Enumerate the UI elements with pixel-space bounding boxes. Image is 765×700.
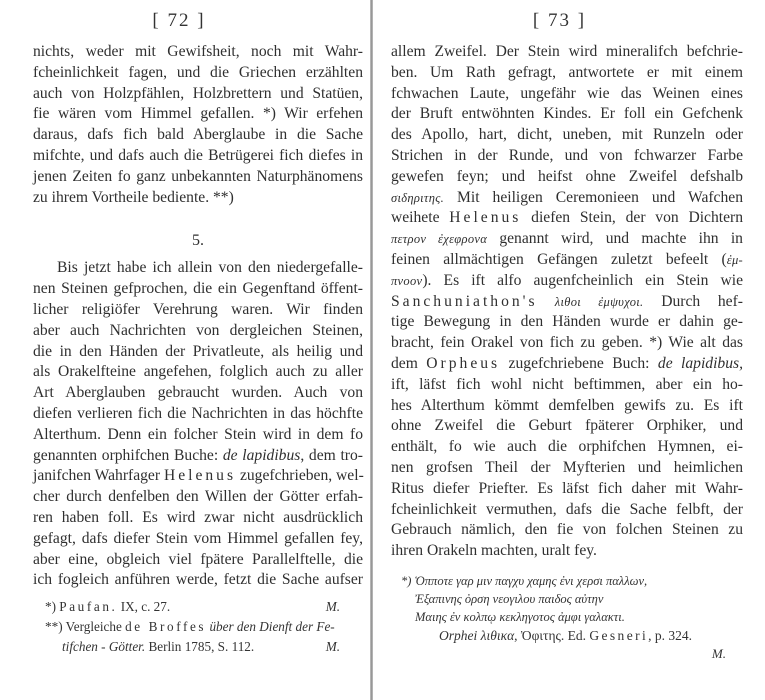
left-footnotes: *) Paufan. IX, c. 27. M. **) Vergleiche … <box>45 597 365 657</box>
footnote-verse: *) Ὁπποτε γαρ μιν παγχυ χαμης ἐνι χερσι … <box>401 572 746 590</box>
greek-text: πετρον ἐχεφρονα <box>391 232 487 246</box>
text-line: cher durch denfelben den Willen der Gött… <box>33 487 363 508</box>
text-run: , p. 324. <box>648 628 692 643</box>
text-run: Mit heiligen Ceremonieen und Wafchen <box>444 189 743 206</box>
text-run: feinen allmächtigen Gefängen zuletzt bef… <box>391 251 727 268</box>
footnote-2: **) Vergleiche de Broffes über den Dienf… <box>45 617 365 637</box>
spaced-name: Helenus <box>449 209 521 226</box>
text-line: der Bruft entwöhnten Kindes. Er foll ein… <box>391 104 743 125</box>
text-line: nichts, weder mit Gewifsheit, noch mit W… <box>33 42 363 63</box>
text-run: Vergleiche <box>63 619 126 634</box>
footnote-verse: Ἐξαπινης ὀρση νεογιλου παιδος αὐτην <box>401 590 746 608</box>
text-line: aber auch Nachrichten von dergleichen St… <box>33 321 363 342</box>
text-line: ohne Zweifel die Geburt fpäterer Orphike… <box>391 416 743 437</box>
text-line: licher religiöfer Verehrung waren. Wir f… <box>33 300 363 321</box>
greek-text: ἐμ- <box>727 253 743 267</box>
italic-title: de lapidibus <box>223 447 300 464</box>
text-line: Bis jetzt habe ich allein von den nieder… <box>33 258 363 279</box>
left-page-body: nichts, weder mit Gewifsheit, noch mit W… <box>33 42 363 591</box>
footnote-text: tifchen - Götter. Berlin 1785, S. 112. <box>62 637 254 657</box>
text-line: fie wären vom Himmel gefallen. *) Wir er… <box>33 104 363 125</box>
text-line: diefen verlieren fich die Nachrichten in… <box>33 404 363 425</box>
footnote-mark: *) <box>45 599 56 614</box>
text-line: bracht, fein Orakel von fich zu geben. *… <box>391 333 743 354</box>
text-line: σιδηριτης. Mit heiligen Ceremonieen und … <box>391 188 743 209</box>
footnote-mark: **) <box>45 619 63 634</box>
text-line: jenen Zeiten fo ganz unbekannten Naturph… <box>33 167 363 188</box>
right-page-body: allem Zweifel. Der Stein wird mineralifc… <box>391 42 743 562</box>
text-line: ihren Orakeln machten, uralt fey. <box>391 541 743 562</box>
text-line: Ritus diefer Priefter. Es läfst fich dah… <box>391 479 743 500</box>
greek-text: λιθοι ἐμψυχοι. <box>538 295 644 309</box>
text-line: des Apollo, hart, dicht, uneben, mit Run… <box>391 125 743 146</box>
greek-text: Ὁπποτε γαρ μιν παγχυ χαμης ἐνι χερσι παλ… <box>415 574 648 588</box>
text-line: mifchte, und dafs auch die Betrügerei fi… <box>33 146 363 167</box>
text-line: die in den Händen der Privatleute, als h… <box>33 342 363 363</box>
text-line: nen Steinen gefprochen, die ein Gegenfta… <box>33 279 363 300</box>
greek-text: πνοον <box>391 274 422 288</box>
footnote-text: *) Paufan. IX, c. 27. <box>45 597 170 617</box>
footnote-text: **) Vergleiche de Broffes über den Dienf… <box>45 617 335 637</box>
text-run: genannt wird, und machte ihn in <box>487 230 743 247</box>
text-line: fcheinlichkeit fagen, und die Griechen e… <box>33 63 363 84</box>
footnote-signature: M. <box>401 645 746 663</box>
text-line: als Orakelfteine angefehen, folglich auc… <box>33 362 363 383</box>
right-page: [ 73 ] allem Zweifel. Der Stein wird min… <box>374 0 765 700</box>
text-line: gewefen feyn; und heifst ohne Zweifel de… <box>391 167 743 188</box>
footnote-ref: IX, c. 27. <box>117 599 170 614</box>
text-line: feinen allmächtigen Gefängen zuletzt bef… <box>391 250 743 271</box>
spaced-name: Helenus <box>164 467 236 484</box>
footnote-mark: *) <box>401 574 411 588</box>
text-line: ift, läfst fich wohl nicht beftimmen, ab… <box>391 375 743 396</box>
italic-title: tifchen - Götter. <box>62 639 145 654</box>
text-run: zugefchrieben, wel- <box>236 467 364 484</box>
text-run: , Ὀφιτης. Ed. <box>514 628 589 643</box>
page-number-right: [ 73 ] <box>354 10 765 32</box>
text-line: πετρον ἐχεφρονα genannt wird, und machte… <box>391 229 743 250</box>
page-number-left: [ 72 ] <box>0 10 368 32</box>
text-line: Art Aberglauben gebraucht wurden. Auch v… <box>33 383 363 404</box>
text-line: Strichen in der Runde, und von fchwarzer… <box>391 146 743 167</box>
text-line: Gebrauch nämlich, den fie von folchen St… <box>391 520 743 541</box>
footnote-source: Orphei λιθικα, Ὀφιτης. Ed. Gesneri, p. 3… <box>401 626 746 645</box>
text-line: ben. Um Rath gefragt, antwortete er mit … <box>391 63 743 84</box>
text-run: janifchen Wahrfager <box>33 467 164 484</box>
text-line: nen grofsen Theil der Myfterien und heim… <box>391 458 743 479</box>
text-run: ). Es ift alfo augenfcheinlich ein Stein… <box>422 272 743 289</box>
section-heading: 5. <box>33 226 363 256</box>
text-line: genannten orphifchen Buche: de lapidibus… <box>33 446 363 467</box>
text-line: janifchen Wahrfager Helenus zugefchriebe… <box>33 466 363 487</box>
text-line: ich fogleich anführen werde, fetzt die S… <box>33 570 363 591</box>
spaced-name: Gesneri <box>589 628 648 643</box>
spaced-name: Sanchuniathon's <box>391 293 538 310</box>
text-line: πνοον). Es ift alfo augenfcheinlich ein … <box>391 271 743 292</box>
text-line: auch von Holzpfählen, Holzbrettern und S… <box>33 84 363 105</box>
text-line: Sanchuniathon's λιθοι ἐμψυχοι. Durch hef… <box>391 292 743 313</box>
spaced-name: Orpheus <box>426 355 500 372</box>
text-run: diefen Stein, der von Dichtern <box>521 209 743 226</box>
text-line: daraus, dafs fich bald Aberglaube in die… <box>33 125 363 146</box>
footnote-signature: M. <box>326 597 365 617</box>
text-line: dem Orpheus zugefchriebene Buch: de lapi… <box>391 354 743 375</box>
text-run: zugefchriebene Buch: <box>500 355 658 372</box>
book-spine <box>370 0 373 700</box>
footnote-2-continued: tifchen - Götter. Berlin 1785, S. 112. M… <box>45 637 365 657</box>
text-line: weihete Helenus diefen Stein, der von Di… <box>391 208 743 229</box>
text-line: ren haben foll. Es wird zwar nicht ausdr… <box>33 508 363 529</box>
text-line: fcheinlichkeit vermuthen, dafs die Sache… <box>391 500 743 521</box>
italic-title: über den Dienft der Fe- <box>206 619 335 634</box>
text-line: gefagt, dafs diefer Stein vom Himmel gef… <box>33 529 363 550</box>
footnote-1: *) Paufan. IX, c. 27. M. <box>45 597 365 617</box>
footnote-author: Paufan. <box>59 599 117 614</box>
left-page: [ 72 ] nichts, weder mit Gewifsheit, noc… <box>0 0 368 700</box>
spaced-name: de Broffes <box>125 619 206 634</box>
italic-title: de lapidibus, <box>658 355 743 372</box>
greek-text: σιδηριτης. <box>391 191 444 205</box>
text-line: allem Zweifel. Der Stein wird mineralifc… <box>391 42 743 63</box>
text-line: hes Alterthum kömmt demfelben gewifs zu.… <box>391 396 743 417</box>
text-line: enthält, fo wie auch die orphifchen Hymn… <box>391 437 743 458</box>
text-line: zu ihrem Vortheile bediente. **) <box>33 188 363 209</box>
text-line: fchwachen Laute, ungefähr wie das Weinen… <box>391 84 743 105</box>
text-line: Alterthum. Denn ein folcher Stein wird i… <box>33 425 363 446</box>
book-spread: [ 72 ] nichts, weder mit Gewifsheit, noc… <box>0 0 765 700</box>
right-footnotes: *) Ὁπποτε γαρ μιν παγχυ χαμης ἐνι χερσι … <box>401 572 746 663</box>
text-run: Durch hef- <box>643 293 743 310</box>
text-line: aber eine, obgleich viel fpätere Paralle… <box>33 550 363 571</box>
footnote-verse: Μαιης ἐν κολπῳ κεκληγοτος ἀμφι γαλακτι. <box>401 608 746 626</box>
text-line: tige Bewegung in den Händen wurde er dah… <box>391 312 743 333</box>
text-run: genannten orphifchen Buche: <box>33 447 223 464</box>
text-run: weihete <box>391 209 449 226</box>
italic-title: Orphei λιθικα <box>439 628 514 643</box>
text-run: Berlin 1785, S. 112. <box>145 639 254 654</box>
text-run: dem <box>391 355 426 372</box>
text-run: , dem tro- <box>300 447 363 464</box>
footnote-signature: M. <box>326 637 365 657</box>
